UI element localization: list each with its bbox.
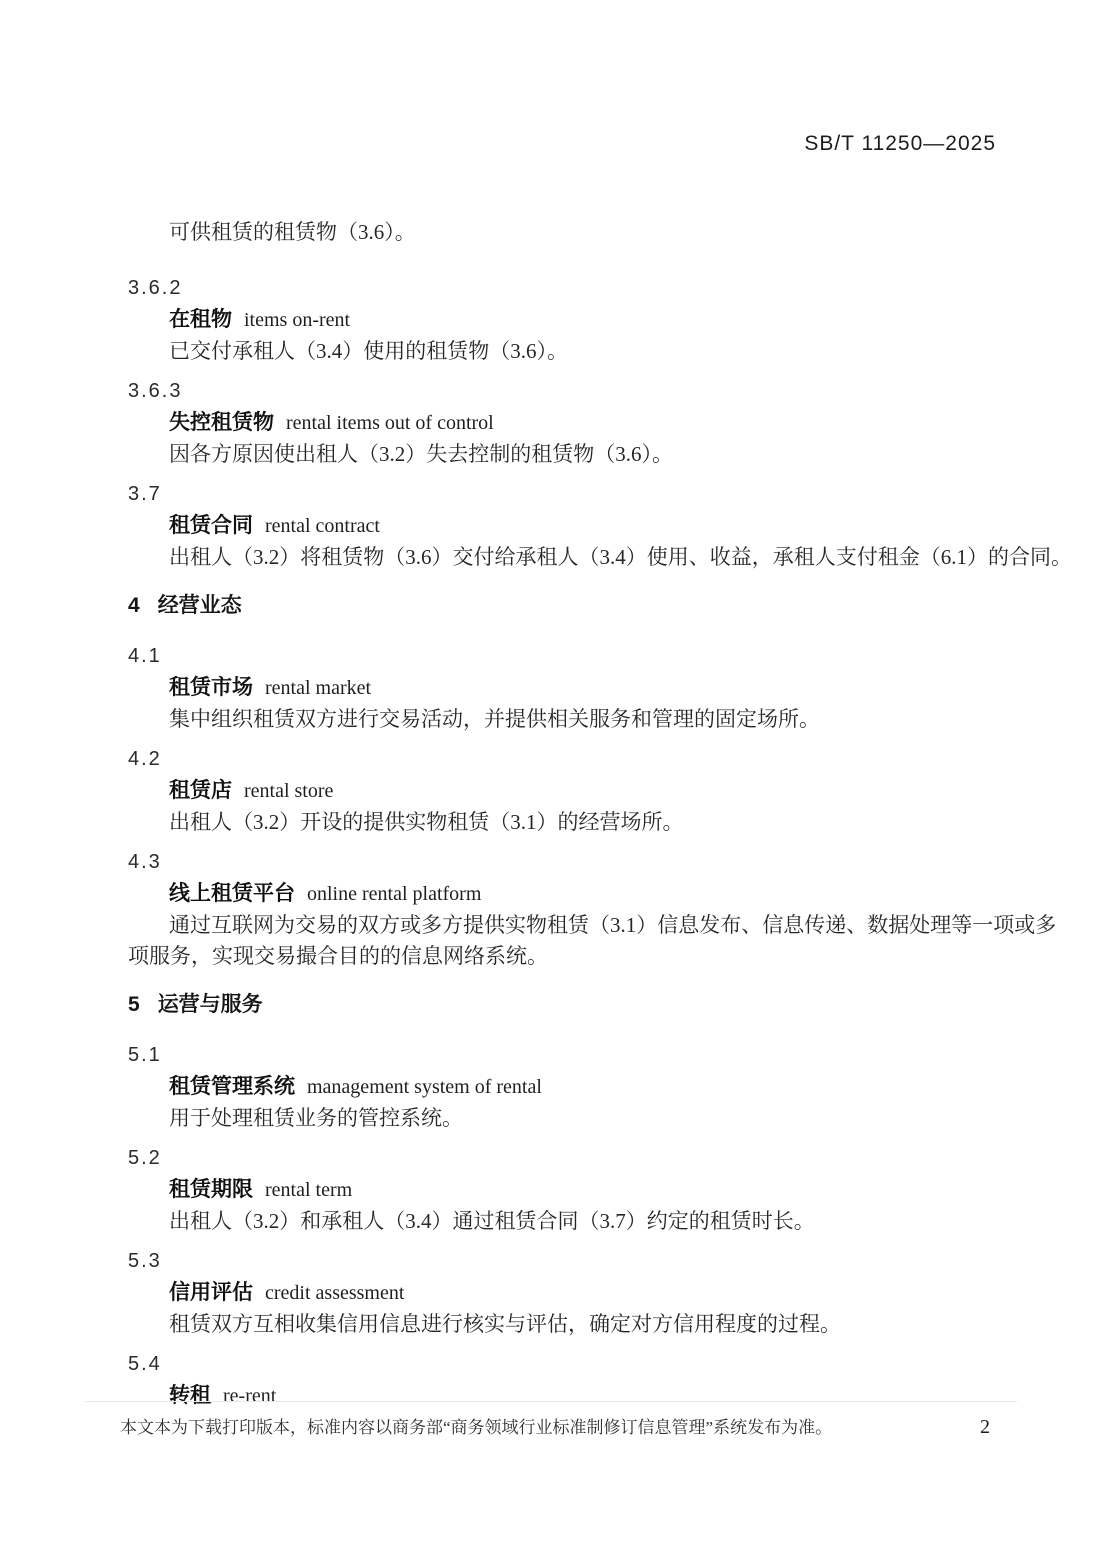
- clause-number: 5.4: [128, 1349, 1010, 1380]
- term-name-zh: 转租: [169, 1384, 211, 1407]
- term-line: 失控租赁物rental items out of control: [128, 407, 1010, 439]
- term-block: 3.6.3 失控租赁物rental items out of control 因…: [128, 376, 1010, 470]
- clause-number: 4.2: [128, 744, 1010, 775]
- term-name-zh: 租赁合同: [169, 514, 253, 537]
- term-name-en: rental store: [244, 780, 333, 802]
- page-number: 2: [980, 1416, 1000, 1439]
- term-name-en: rental term: [265, 1179, 352, 1201]
- term-name-zh: 信用评估: [169, 1281, 253, 1304]
- section-heading: 4经营业态: [128, 590, 1010, 621]
- term-line: 租赁市场rental market: [128, 672, 1010, 704]
- clause-number: 3.7: [128, 479, 1010, 510]
- section-heading: 5运营与服务: [128, 989, 1010, 1020]
- term-name-en: items on-rent: [244, 309, 350, 331]
- term-definition-line-2: 项服务，实现交易撮合目的的信息网络系统。: [128, 941, 1010, 972]
- term-name-zh: 线上租赁平台: [169, 882, 295, 905]
- heading-title: 经营业态: [158, 594, 242, 617]
- term-definition: 出租人（3.2）和承租人（3.4）通过租赁合同（3.7）约定的租赁时长。: [128, 1206, 1010, 1237]
- term-name-en: re-rent: [223, 1385, 276, 1407]
- term-definition: 用于处理租赁业务的管控系统。: [128, 1103, 1010, 1134]
- term-name-en: rental items out of control: [286, 412, 494, 434]
- clause-number: 4.3: [128, 847, 1010, 878]
- term-line: 租赁店rental store: [128, 775, 1010, 807]
- page-footer: 本文本为下载打印版本，标准内容以商务部“商务领域行业标准制修订信息管理”系统发布…: [120, 1416, 1000, 1440]
- term-line: 转租re-rent: [128, 1380, 1010, 1412]
- term-definition: 集中组织租赁双方进行交易活动，并提供相关服务和管理的固定场所。: [128, 704, 1010, 735]
- standard-code-header: SB/T 11250—2025: [804, 132, 996, 156]
- heading-title: 运营与服务: [158, 993, 263, 1016]
- footer-divider: [85, 1401, 1017, 1402]
- term-block: 3.7 租赁合同rental contract 出租人（3.2）将租赁物（3.6…: [128, 479, 1010, 573]
- term-definition: 因各方原因使出租人（3.2）失去控制的租赁物（3.6）。: [128, 439, 1010, 470]
- clause-number: 5.1: [128, 1040, 1010, 1071]
- heading-number: 5: [128, 993, 140, 1016]
- term-line: 线上租赁平台online rental platform: [128, 878, 1010, 910]
- clause-number: 3.6.2: [128, 273, 1010, 304]
- term-definition: 租赁双方互相收集信用信息进行核实与评估，确定对方信用程度的过程。: [128, 1309, 1010, 1340]
- term-name-en: rental contract: [265, 515, 380, 537]
- heading-number: 4: [128, 594, 140, 617]
- clause-number: 3.6.3: [128, 376, 1010, 407]
- term-definition: 已交付承租人（3.4）使用的租赁物（3.6）。: [128, 336, 1010, 367]
- clause-number: 5.2: [128, 1143, 1010, 1174]
- term-block: 5.4 转租re-rent: [128, 1349, 1010, 1412]
- term-name-zh: 租赁管理系统: [169, 1075, 295, 1098]
- term-definition-line-1: 通过互联网为交易的双方或多方提供实物租赁（3.1）信息发布、信息传递、数据处理等…: [128, 910, 1010, 941]
- document-page: SB/T 11250—2025 可供租赁的租赁物（3.6）。 3.6.2 在租物…: [0, 0, 1102, 1559]
- term-line: 租赁期限rental term: [128, 1174, 1010, 1206]
- continued-definition-line: 可供租赁的租赁物（3.6）。: [128, 217, 1010, 248]
- term-block: 4.1 租赁市场rental market 集中组织租赁双方进行交易活动，并提供…: [128, 641, 1010, 735]
- term-name-zh: 失控租赁物: [169, 411, 274, 434]
- term-block: 4.3 线上租赁平台online rental platform 通过互联网为交…: [128, 847, 1010, 972]
- footer-note: 本文本为下载打印版本，标准内容以商务部“商务领域行业标准制修订信息管理”系统发布…: [120, 1416, 832, 1440]
- clause-number: 4.1: [128, 641, 1010, 672]
- term-name-en: credit assessment: [265, 1282, 404, 1304]
- term-definition: 出租人（3.2）开设的提供实物租赁（3.1）的经营场所。: [128, 807, 1010, 838]
- term-name-zh: 租赁市场: [169, 676, 253, 699]
- term-name-zh: 租赁店: [169, 779, 232, 802]
- term-name-en: management system of rental: [307, 1076, 542, 1098]
- term-block: 3.6.2 在租物items on-rent 已交付承租人（3.4）使用的租赁物…: [128, 273, 1010, 367]
- term-block: 5.2 租赁期限rental term 出租人（3.2）和承租人（3.4）通过租…: [128, 1143, 1010, 1237]
- clause-number: 5.3: [128, 1246, 1010, 1277]
- term-line: 租赁合同rental contract: [128, 510, 1010, 542]
- term-line: 租赁管理系统management system of rental: [128, 1071, 1010, 1103]
- term-name-en: online rental platform: [307, 883, 481, 905]
- term-block: 5.3 信用评估credit assessment 租赁双方互相收集信用信息进行…: [128, 1246, 1010, 1340]
- term-name-en: rental market: [265, 677, 371, 699]
- term-line: 在租物items on-rent: [128, 304, 1010, 336]
- term-definition: 出租人（3.2）将租赁物（3.6）交付给承租人（3.4）使用、收益，承租人支付租…: [128, 542, 1010, 573]
- document-body: 可供租赁的租赁物（3.6）。 3.6.2 在租物items on-rent 已交…: [128, 217, 1010, 1412]
- term-name-zh: 在租物: [169, 308, 232, 331]
- term-block: 5.1 租赁管理系统management system of rental 用于…: [128, 1040, 1010, 1134]
- term-block: 4.2 租赁店rental store 出租人（3.2）开设的提供实物租赁（3.…: [128, 744, 1010, 838]
- term-line: 信用评估credit assessment: [128, 1277, 1010, 1309]
- term-name-zh: 租赁期限: [169, 1178, 253, 1201]
